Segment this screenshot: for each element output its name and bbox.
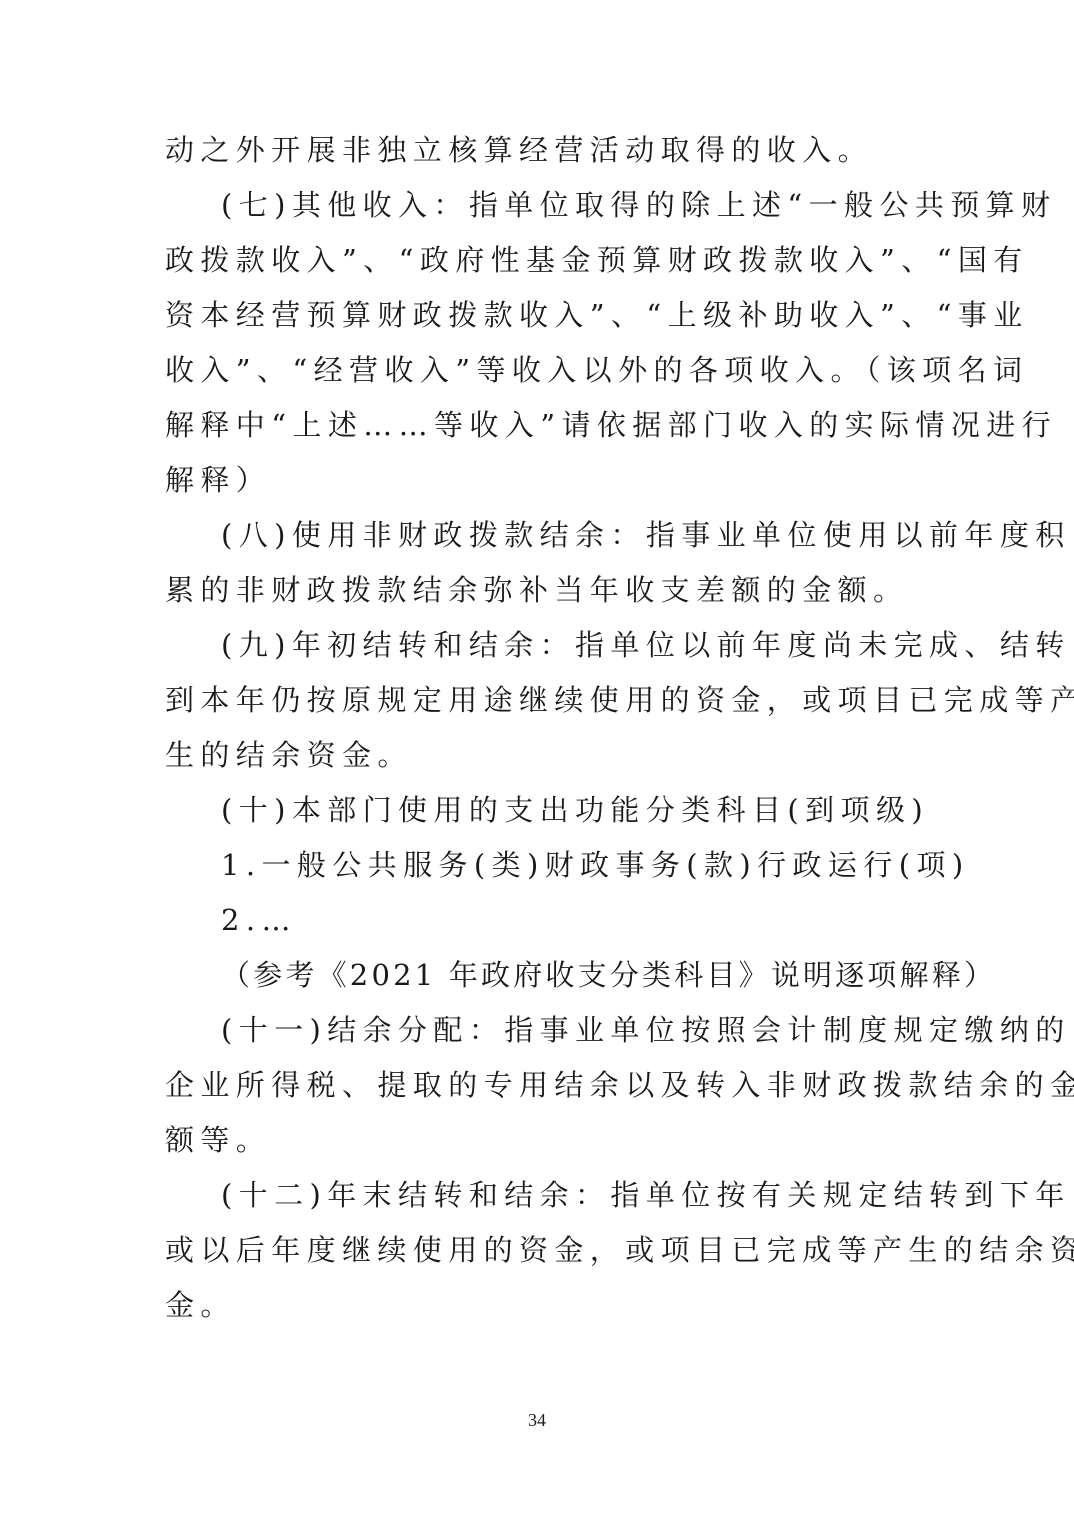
paragraph-line: 解释中“上述……等收入”请依据部门收入的实际情况进行 (165, 398, 913, 453)
paragraph-line: 或以后年度继续使用的资金，或项目已完成等产生的结余资 (165, 1223, 913, 1278)
paragraph-line: 政拨款收入”、“政府性基金预算财政拨款收入”、“国有 (165, 233, 913, 288)
document-body: 动之外开展非独立核算经营活动取得的收入。 (七)其他收入：指单位取得的除上述“一… (165, 123, 913, 1333)
paragraph-line: 累的非财政拨款结余弥补当年收支差额的金额。 (165, 563, 913, 618)
section-10-expenditure-classification: (十)本部门使用的支出功能分类科目(到项级) (165, 783, 913, 838)
section-7-other-income: (七)其他收入：指单位取得的除上述“一般公共预算财 (165, 178, 913, 233)
paragraph-line: 解释） (165, 453, 913, 508)
paragraph-line: 金。 (165, 1278, 913, 1333)
paragraph-line: 额等。 (165, 1113, 913, 1168)
section-11-balance-distribution: (十一)结余分配：指事业单位按照会计制度规定缴纳的 (165, 1003, 913, 1058)
section-8-non-fiscal-balance: (八)使用非财政拨款结余：指事业单位使用以前年度积 (165, 508, 913, 563)
paragraph-line: 收入”、“经营收入”等收入以外的各项收入。（该项名词 (165, 343, 913, 398)
paragraph-line: 生的结余资金。 (165, 728, 913, 783)
list-item-1: 1.一般公共服务(类)财政事务(款)行政运行(项) (165, 838, 913, 893)
paragraph-line: 企业所得税、提取的专用结余以及转入非财政拨款结余的金 (165, 1058, 913, 1113)
list-item-2: 2.… (165, 893, 913, 948)
paragraph-line: 资本经营预算财政拨款收入”、“上级补助收入”、“事业 (165, 288, 913, 343)
reference-note: （参考《2021 年政府收支分类科目》说明逐项解释） (165, 948, 913, 1003)
paragraph-line: 到本年仍按原规定用途继续使用的资金，或项目已完成等产 (165, 673, 913, 728)
page-number: 34 (0, 1410, 1074, 1431)
section-12-closing-carryover: (十二)年末结转和结余：指单位按有关规定结转到下年 (165, 1168, 913, 1223)
paragraph-line: 动之外开展非独立核算经营活动取得的收入。 (165, 123, 913, 178)
section-9-opening-carryover: (九)年初结转和结余：指单位以前年度尚未完成、结转 (165, 618, 913, 673)
